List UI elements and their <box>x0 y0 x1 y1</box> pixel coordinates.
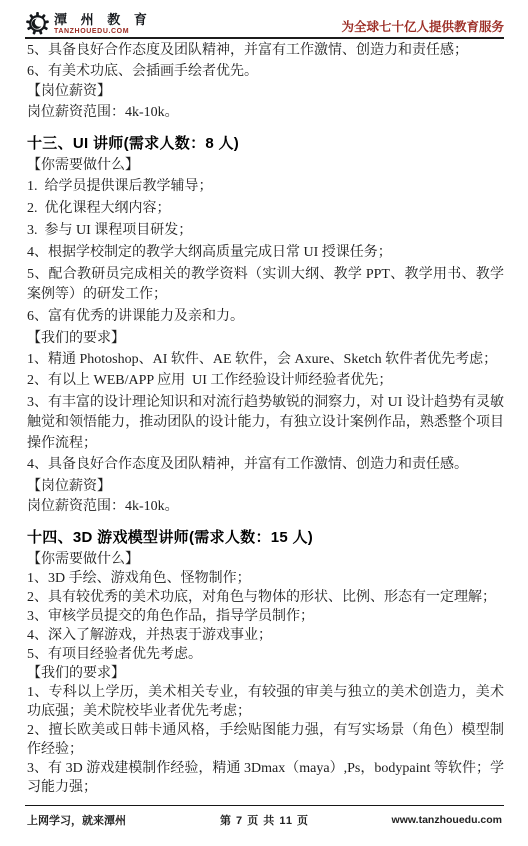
duties-list: 1. 给学员提供课后教学辅导；2. 优化课程大纲内容；3. 参与 UI 课程项目… <box>27 177 504 328</box>
requirement-item: 2、有以上 WEB/APP 应用 UI 工作经验设计师经验者优先； <box>27 371 504 392</box>
header-slogan: 为全球七十亿人提供教育服务 <box>341 17 504 36</box>
salary-label: 【岗位薪资】 <box>27 477 504 498</box>
footer-slogan: 上网学习，就来潭州 <box>27 812 126 828</box>
footer-website: www.tanzhouedu.com <box>392 814 502 826</box>
requirement-item: 3、有丰富的设计理论知识和对流行趋势敏锐的洞察力，对 UI 设计趋势有灵敏触觉和… <box>27 393 504 455</box>
section-title: 十三、UI 讲师(需求人数：8 人) <box>27 133 504 154</box>
gear-moon-logo-icon <box>25 11 50 36</box>
list-item: 6、有美术功底、会插画手绘者优先。 <box>27 62 504 83</box>
requirement-item: 2、擅长欧美或日韩卡通风格，手绘贴图能力强，有写实场景（角色）模型制作经验； <box>27 721 504 759</box>
duty-item: 4、根据学校制定的教学大纲高质量完成日常 UI 授课任务； <box>27 243 504 264</box>
requirement-item: 4、具备良好合作态度及团队精神，并富有工作激情、创造力和责任感。 <box>27 455 504 476</box>
requirement-item: 3、有 3D 游戏建模制作经验，精通 3Dmax（maya）,Ps，bodypa… <box>27 759 504 797</box>
job-section-ui-lecturer: 十三、UI 讲师(需求人数：8 人) 【你需要做什么】 1. 给学员提供课后教学… <box>27 133 504 518</box>
salary-range: 岗位薪资范围：4k-10k。 <box>27 103 504 124</box>
duty-item: 5、有项目经验者优先考虑。 <box>27 645 504 664</box>
logo-domain: TANZHOUEDU.COM <box>54 28 152 35</box>
duty-item: 1. 给学员提供课后教学辅导； <box>27 177 504 198</box>
duty-item: 2、具有较优秀的美术功底，对角色与物体的形状、比例、形态有一定理解； <box>27 588 504 607</box>
logo-text: 潭 州 教 育 TANZHOUEDU.COM <box>54 13 152 35</box>
footer-rule <box>25 805 504 806</box>
duty-item: 4、深入了解游戏，并热衷于游戏事业； <box>27 626 504 645</box>
duty-item: 2. 优化课程大纲内容； <box>27 199 504 220</box>
requirement-item: 1、专科以上学历，美术相关专业，有较强的审美与独立的美术创造力，美术功底强；美术… <box>27 683 504 721</box>
logo: 潭 州 教 育 TANZHOUEDU.COM <box>25 11 152 36</box>
intro-list: 5、具备良好合作态度及团队精神，并富有工作激情、创造力和责任感；6、有美术功底、… <box>27 41 504 82</box>
document-content: 5、具备良好合作态度及团队精神，并富有工作激情、创造力和责任感；6、有美术功底、… <box>27 41 504 797</box>
duties-label: 【你需要做什么】 <box>27 550 504 569</box>
requirements-label: 【我们的要求】 <box>27 664 504 683</box>
requirements-label: 【我们的要求】 <box>27 329 504 350</box>
salary-label: 【岗位薪资】 <box>27 82 504 103</box>
footer-page-number: 第 7 页 共 11 页 <box>220 812 309 828</box>
duty-item: 3. 参与 UI 课程项目研发； <box>27 221 504 242</box>
logo-title: 潭 州 教 育 <box>54 13 152 26</box>
duty-item: 5、配合教研员完成相关的教学资料（实训大纲、教学 PPT、教学用书、教学案例等）… <box>27 265 504 306</box>
page-footer: 上网学习，就来潭州 第 7 页 共 11 页 www.tanzhouedu.co… <box>27 811 502 829</box>
salary-range: 岗位薪资范围：4k-10k。 <box>27 497 504 518</box>
duties-list: 1、3D 手绘、游戏角色、怪物制作；2、具有较优秀的美术功底，对角色与物体的形状… <box>27 569 504 664</box>
list-item: 5、具备良好合作态度及团队精神，并富有工作激情、创造力和责任感； <box>27 41 504 62</box>
requirements-list: 1、精通 Photoshop、AI 软件、AE 软件，会 Axure、Sketc… <box>27 350 504 476</box>
requirement-item: 1、精通 Photoshop、AI 软件、AE 软件，会 Axure、Sketc… <box>27 350 504 371</box>
job-section-3d-model-lecturer: 十四、3D 游戏模型讲师(需求人数：15 人) 【你需要做什么】 1、3D 手绘… <box>27 527 504 797</box>
document-page: 潭 州 教 育 TANZHOUEDU.COM 为全球七十亿人提供教育服务 5、具… <box>0 0 528 846</box>
requirements-list: 1、专科以上学历，美术相关专业，有较强的审美与独立的美术创造力，美术功底强；美术… <box>27 683 504 797</box>
header-rule <box>25 37 504 39</box>
section-title: 十四、3D 游戏模型讲师(需求人数：15 人) <box>27 527 504 548</box>
duty-item: 6、富有优秀的讲课能力及亲和力。 <box>27 307 504 328</box>
duty-item: 1、3D 手绘、游戏角色、怪物制作； <box>27 569 504 588</box>
duty-item: 3、审核学员提交的角色作品，指导学员制作； <box>27 607 504 626</box>
page-header: 潭 州 教 育 TANZHOUEDU.COM 为全球七十亿人提供教育服务 <box>25 6 504 36</box>
duties-label: 【你需要做什么】 <box>27 156 504 177</box>
intro-block: 5、具备良好合作态度及团队精神，并富有工作激情、创造力和责任感；6、有美术功底、… <box>27 41 504 123</box>
